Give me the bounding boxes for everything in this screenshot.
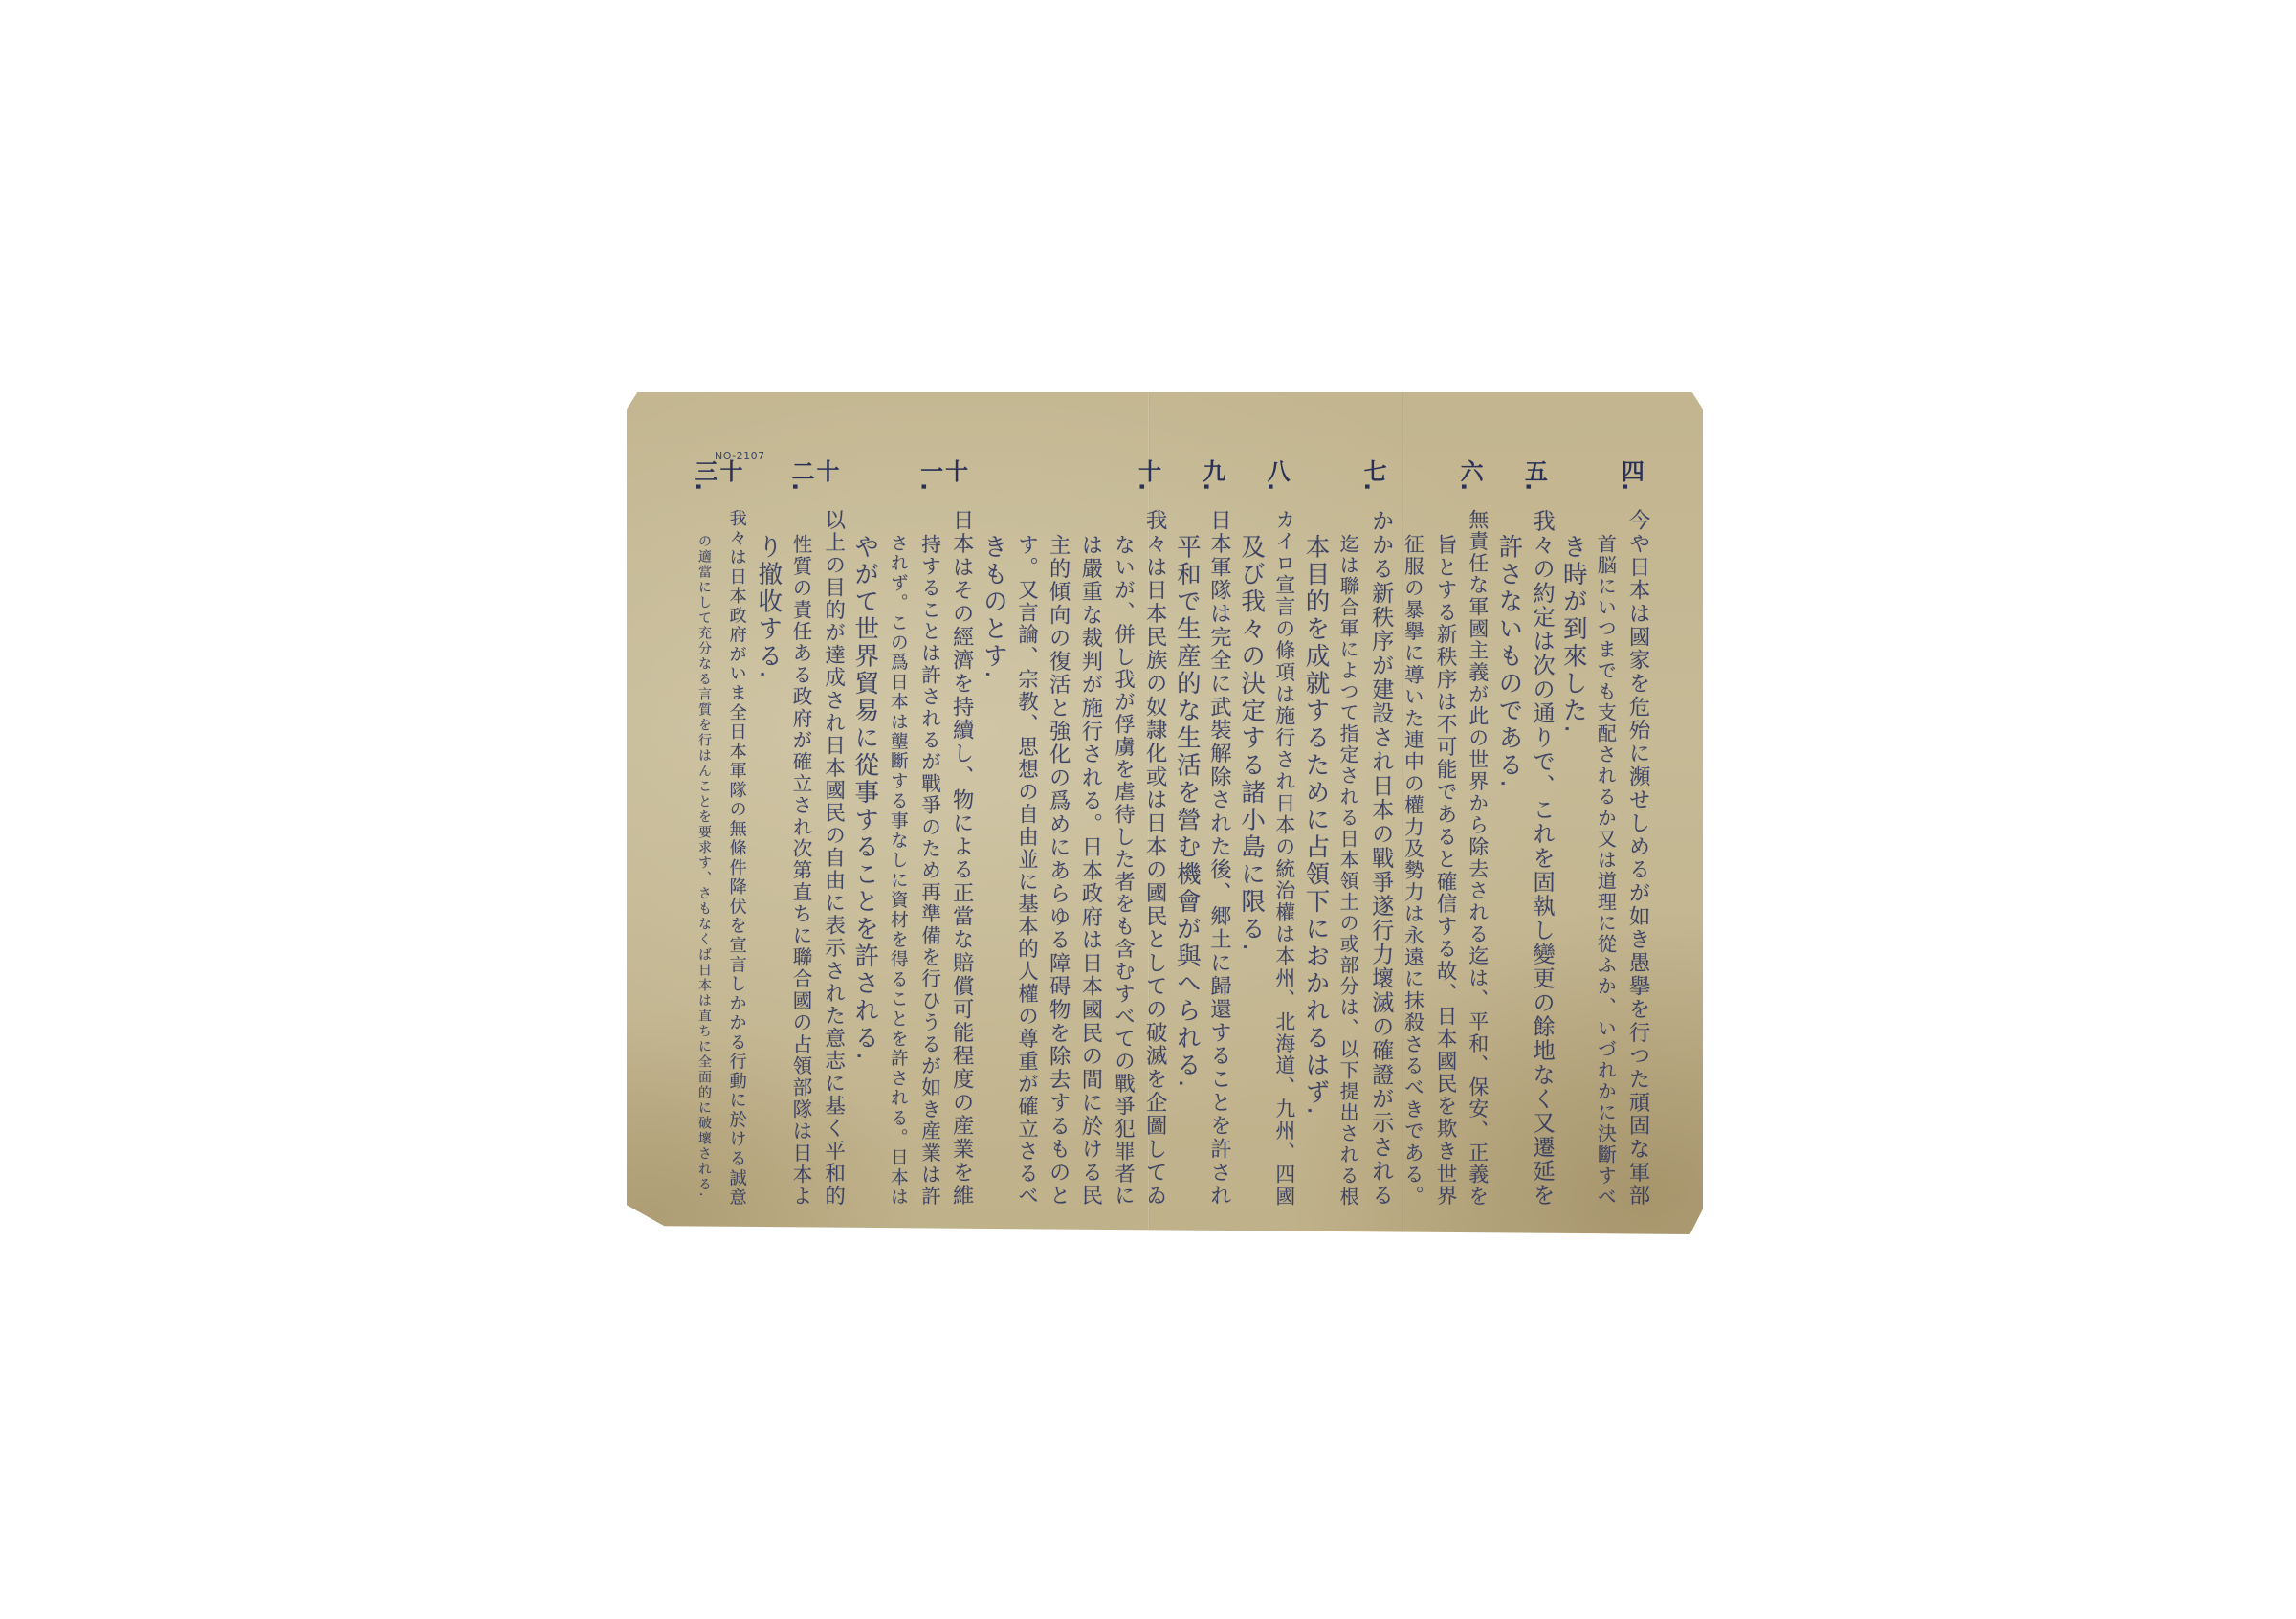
text-column: 迄は聯合軍によつて指定される日本領土の或部分は、以下提出される根 xyxy=(1328,459,1360,1208)
text-column-wrapper: の適當にして充分なる言質を行はんことを要求す、さもなくば日本は直ちに全面的に破壞… xyxy=(684,459,717,1215)
text-column: カイロ宣言の條項は施行され日本の統治權は本州、北海道、九州、四國 xyxy=(1264,459,1296,1208)
leaflet-paper: NO-2107 四.今や日本は國家を危殆に瀕せしめるが如き愚擧を行つた頑固な軍部… xyxy=(627,392,1703,1234)
article-section: 九.日本軍隊は完全に武裝解除された後、郷土に歸還することを許され平和で生産的な生… xyxy=(1167,459,1231,1215)
text-column: の適當にして充分なる言質を行はんことを要求す、さもなくば日本は直ちに全面的に破壞… xyxy=(684,459,717,1198)
text-column-wrapper: 許さないものである. xyxy=(1490,459,1522,1215)
text-column-wrapper: 四.今や日本は國家を危殆に瀕せしめるが如き愚擧を行つた頑固な軍部 xyxy=(1618,459,1650,1215)
text-column: 無責任な軍國主義が此の世界から除去される迄は、平和、保安、正義を xyxy=(1457,459,1490,1208)
text-column: 性質の責任ある政府が確立され次第直ちに聯合國の占領部隊は日本よ xyxy=(781,459,813,1208)
text-column: 及び我々の決定する諸小島に限る. xyxy=(1231,459,1264,954)
text-column-wrapper: 性質の責任ある政府が確立され次第直ちに聯合國の占領部隊は日本よ xyxy=(781,459,813,1215)
article-section: 十一.日本はその經濟を持續し、物による正當な賠償可能程度の産業を維持することは許… xyxy=(846,459,975,1215)
text-column-wrapper: 九.日本軍隊は完全に武裝解除された後、郷土に歸還することを許され xyxy=(1200,459,1232,1215)
text-column-wrapper: 本目的を成就するために占領下におかれるはず. xyxy=(1296,459,1329,1215)
article-section: 十二.以上の目的が達成され日本國民の自由に表示された意志に基く平和的性質の責任あ… xyxy=(749,459,846,1215)
text-column: やがて世界貿易に從事することを許される. xyxy=(846,459,878,1063)
text-column: されず。この爲日本は壟斷する事なしに資材を得ることを許される。日本は xyxy=(877,459,910,1208)
text-column-wrapper: やがて世界貿易に從事することを許される. xyxy=(846,459,878,1215)
article-section: 六.無責任な軍國主義が此の世界から除去される迄は、平和、保安、正義を旨とする新秩… xyxy=(1393,459,1490,1215)
text-column-wrapper: 八.カイロ宣言の條項は施行され日本の統治權は本州、北海道、九州、四國 xyxy=(1264,459,1296,1215)
text-column-wrapper: 十三.我々は日本政府がいま全日本軍隊の無條件降伏を宣言しかかる行動に於ける誠意 xyxy=(717,459,749,1215)
text-column-wrapper: 平和で生産的な生活を營む機會が與へられる. xyxy=(1167,459,1200,1215)
text-column: 旨とする新秩序は不可能であると確信する故、日本國民を欺き世界 xyxy=(1424,459,1457,1208)
text-column-wrapper: 持することは許されるが戰爭のため再準備を行ひうるが如き産業は許 xyxy=(910,459,942,1215)
text-column: 日本はその經濟を持續し、物による正當な賠償可能程度の産業を維 xyxy=(942,459,975,1208)
text-column-wrapper: 征服の暴擧に導いた連中の權力及勢力は永遠に抹殺さるべきである。 xyxy=(1393,459,1425,1215)
text-column: きものとす. xyxy=(974,459,1006,681)
text-column: 以上の目的が達成され日本國民の自由に表示された意志に基く平和的 xyxy=(813,459,846,1208)
text-column-wrapper: きものとす. xyxy=(974,459,1006,1215)
text-column-wrapper: 六.無責任な軍國主義が此の世界から除去される迄は、平和、保安、正義を xyxy=(1457,459,1490,1215)
article-section: 十.我々は日本民族の奴隷化或は日本の國民としての破滅を企圖してゐないが、併し我が… xyxy=(974,459,1167,1215)
text-column-wrapper: は嚴重な裁判が施行される。日本政府は日本國民の間に於ける民 xyxy=(1071,459,1103,1215)
text-column: 我々は日本民族の奴隷化或は日本の國民としての破滅を企圖してゐ xyxy=(1136,459,1168,1208)
text-column: は嚴重な裁判が施行される。日本政府は日本國民の間に於ける民 xyxy=(1071,459,1103,1208)
text-column: 日本軍隊は完全に武裝解除された後、郷土に歸還することを許され xyxy=(1200,459,1232,1208)
text-column: 平和で生産的な生活を營む機會が與へられる. xyxy=(1167,459,1200,1090)
text-column-wrapper: す。又言論、宗教、思想の自由並に基本的人權の尊重が確立さるべ xyxy=(1006,459,1039,1215)
text-column-wrapper: 十.我々は日本民族の奴隷化或は日本の國民としての破滅を企圖してゐ xyxy=(1136,459,1168,1215)
text-column-wrapper: 迄は聯合軍によつて指定される日本領土の或部分は、以下提出される根 xyxy=(1328,459,1360,1215)
text-column-wrapper: 及び我々の決定する諸小島に限る. xyxy=(1231,459,1264,1215)
text-column: き時が到來した. xyxy=(1554,459,1586,736)
text-column: 首脳にいつまでも支配されるか又は道理に從ふか、いづれかに決斷すべ xyxy=(1586,459,1619,1208)
article-section: 五.我々の約定は次の通りで、これを固執し變更の餘地なく又遷延を許さないものである… xyxy=(1490,459,1554,1215)
text-column: かかる新秩序が建設され日本の戰爭遂行力壞滅の確證が示される xyxy=(1360,459,1393,1208)
text-column-wrapper: き時が到來した. xyxy=(1554,459,1586,1215)
text-column: 我々の約定は次の通りで、これを固執し變更の餘地なく又遷延を xyxy=(1521,459,1554,1208)
text-column-wrapper: 主的傾向の復活と強化の爲めにあらゆる障碍物を除去するものと xyxy=(1039,459,1071,1215)
text-column: す。又言論、宗教、思想の自由並に基本的人權の尊重が確立さるべ xyxy=(1006,459,1039,1208)
text-column: 持することは許されるが戰爭のため再準備を行ひうるが如き産業は許 xyxy=(910,459,942,1208)
text-column: 主的傾向の復活と強化の爲めにあらゆる障碍物を除去するものと xyxy=(1039,459,1071,1208)
text-column-wrapper: されず。この爲日本は壟斷する事なしに資材を得ることを許される。日本は xyxy=(877,459,910,1215)
text-column: 許さないものである. xyxy=(1490,459,1522,790)
text-column: り撤收する. xyxy=(749,459,782,681)
text-column-wrapper: 五.我々の約定は次の通りで、これを固執し變更の餘地なく又遷延を xyxy=(1521,459,1554,1215)
text-column: 本目的を成就するために占領下におかれるはず. xyxy=(1296,459,1329,1118)
text-column-wrapper: 首脳にいつまでも支配されるか又は道理に從ふか、いづれかに決斷すべ xyxy=(1586,459,1619,1215)
text-column-wrapper: 十一.日本はその經濟を持續し、物による正當な賠償可能程度の産業を維 xyxy=(942,459,975,1215)
text-column-wrapper: 旨とする新秩序は不可能であると確信する故、日本國民を欺き世界 xyxy=(1424,459,1457,1215)
article-section: 十三.我々は日本政府がいま全日本軍隊の無條件降伏を宣言しかかる行動に於ける誠意の… xyxy=(684,459,748,1215)
text-column: 今や日本は國家を危殆に瀕せしめるが如き愚擧を行つた頑固な軍部 xyxy=(1618,459,1650,1208)
article-section: 八.カイロ宣言の條項は施行され日本の統治權は本州、北海道、九州、四國及び我々の決… xyxy=(1231,459,1295,1215)
article-section: 七.かかる新秩序が建設され日本の戰爭遂行力壞滅の確證が示される迄は聯合軍によつて… xyxy=(1296,459,1393,1215)
text-column-wrapper: 七.かかる新秩序が建設され日本の戰爭遂行力壞滅の確證が示される xyxy=(1360,459,1393,1215)
text-column-wrapper: り撤收する. xyxy=(749,459,782,1215)
article-section: 四.今や日本は國家を危殆に瀕せしめるが如き愚擧を行つた頑固な軍部首脳にいつまでも… xyxy=(1554,459,1650,1215)
text-column-wrapper: 十二.以上の目的が達成され日本國民の自由に表示された意志に基く平和的 xyxy=(813,459,846,1215)
text-column-wrapper: ないが、併し我が俘虜を虐待した者をも含むすべての戰爭犯罪者に xyxy=(1103,459,1136,1215)
text-column: ないが、併し我が俘虜を虐待した者をも含むすべての戰爭犯罪者に xyxy=(1103,459,1136,1208)
vertical-text-body: 四.今や日本は國家を危殆に瀕せしめるが如き愚擧を行つた頑固な軍部首脳にいつまでも… xyxy=(684,459,1650,1215)
text-column: 我々は日本政府がいま全日本軍隊の無條件降伏を宣言しかかる行動に於ける誠意 xyxy=(717,459,749,1208)
text-column: 征服の暴擧に導いた連中の權力及勢力は永遠に抹殺さるべきである。 xyxy=(1393,459,1425,1208)
